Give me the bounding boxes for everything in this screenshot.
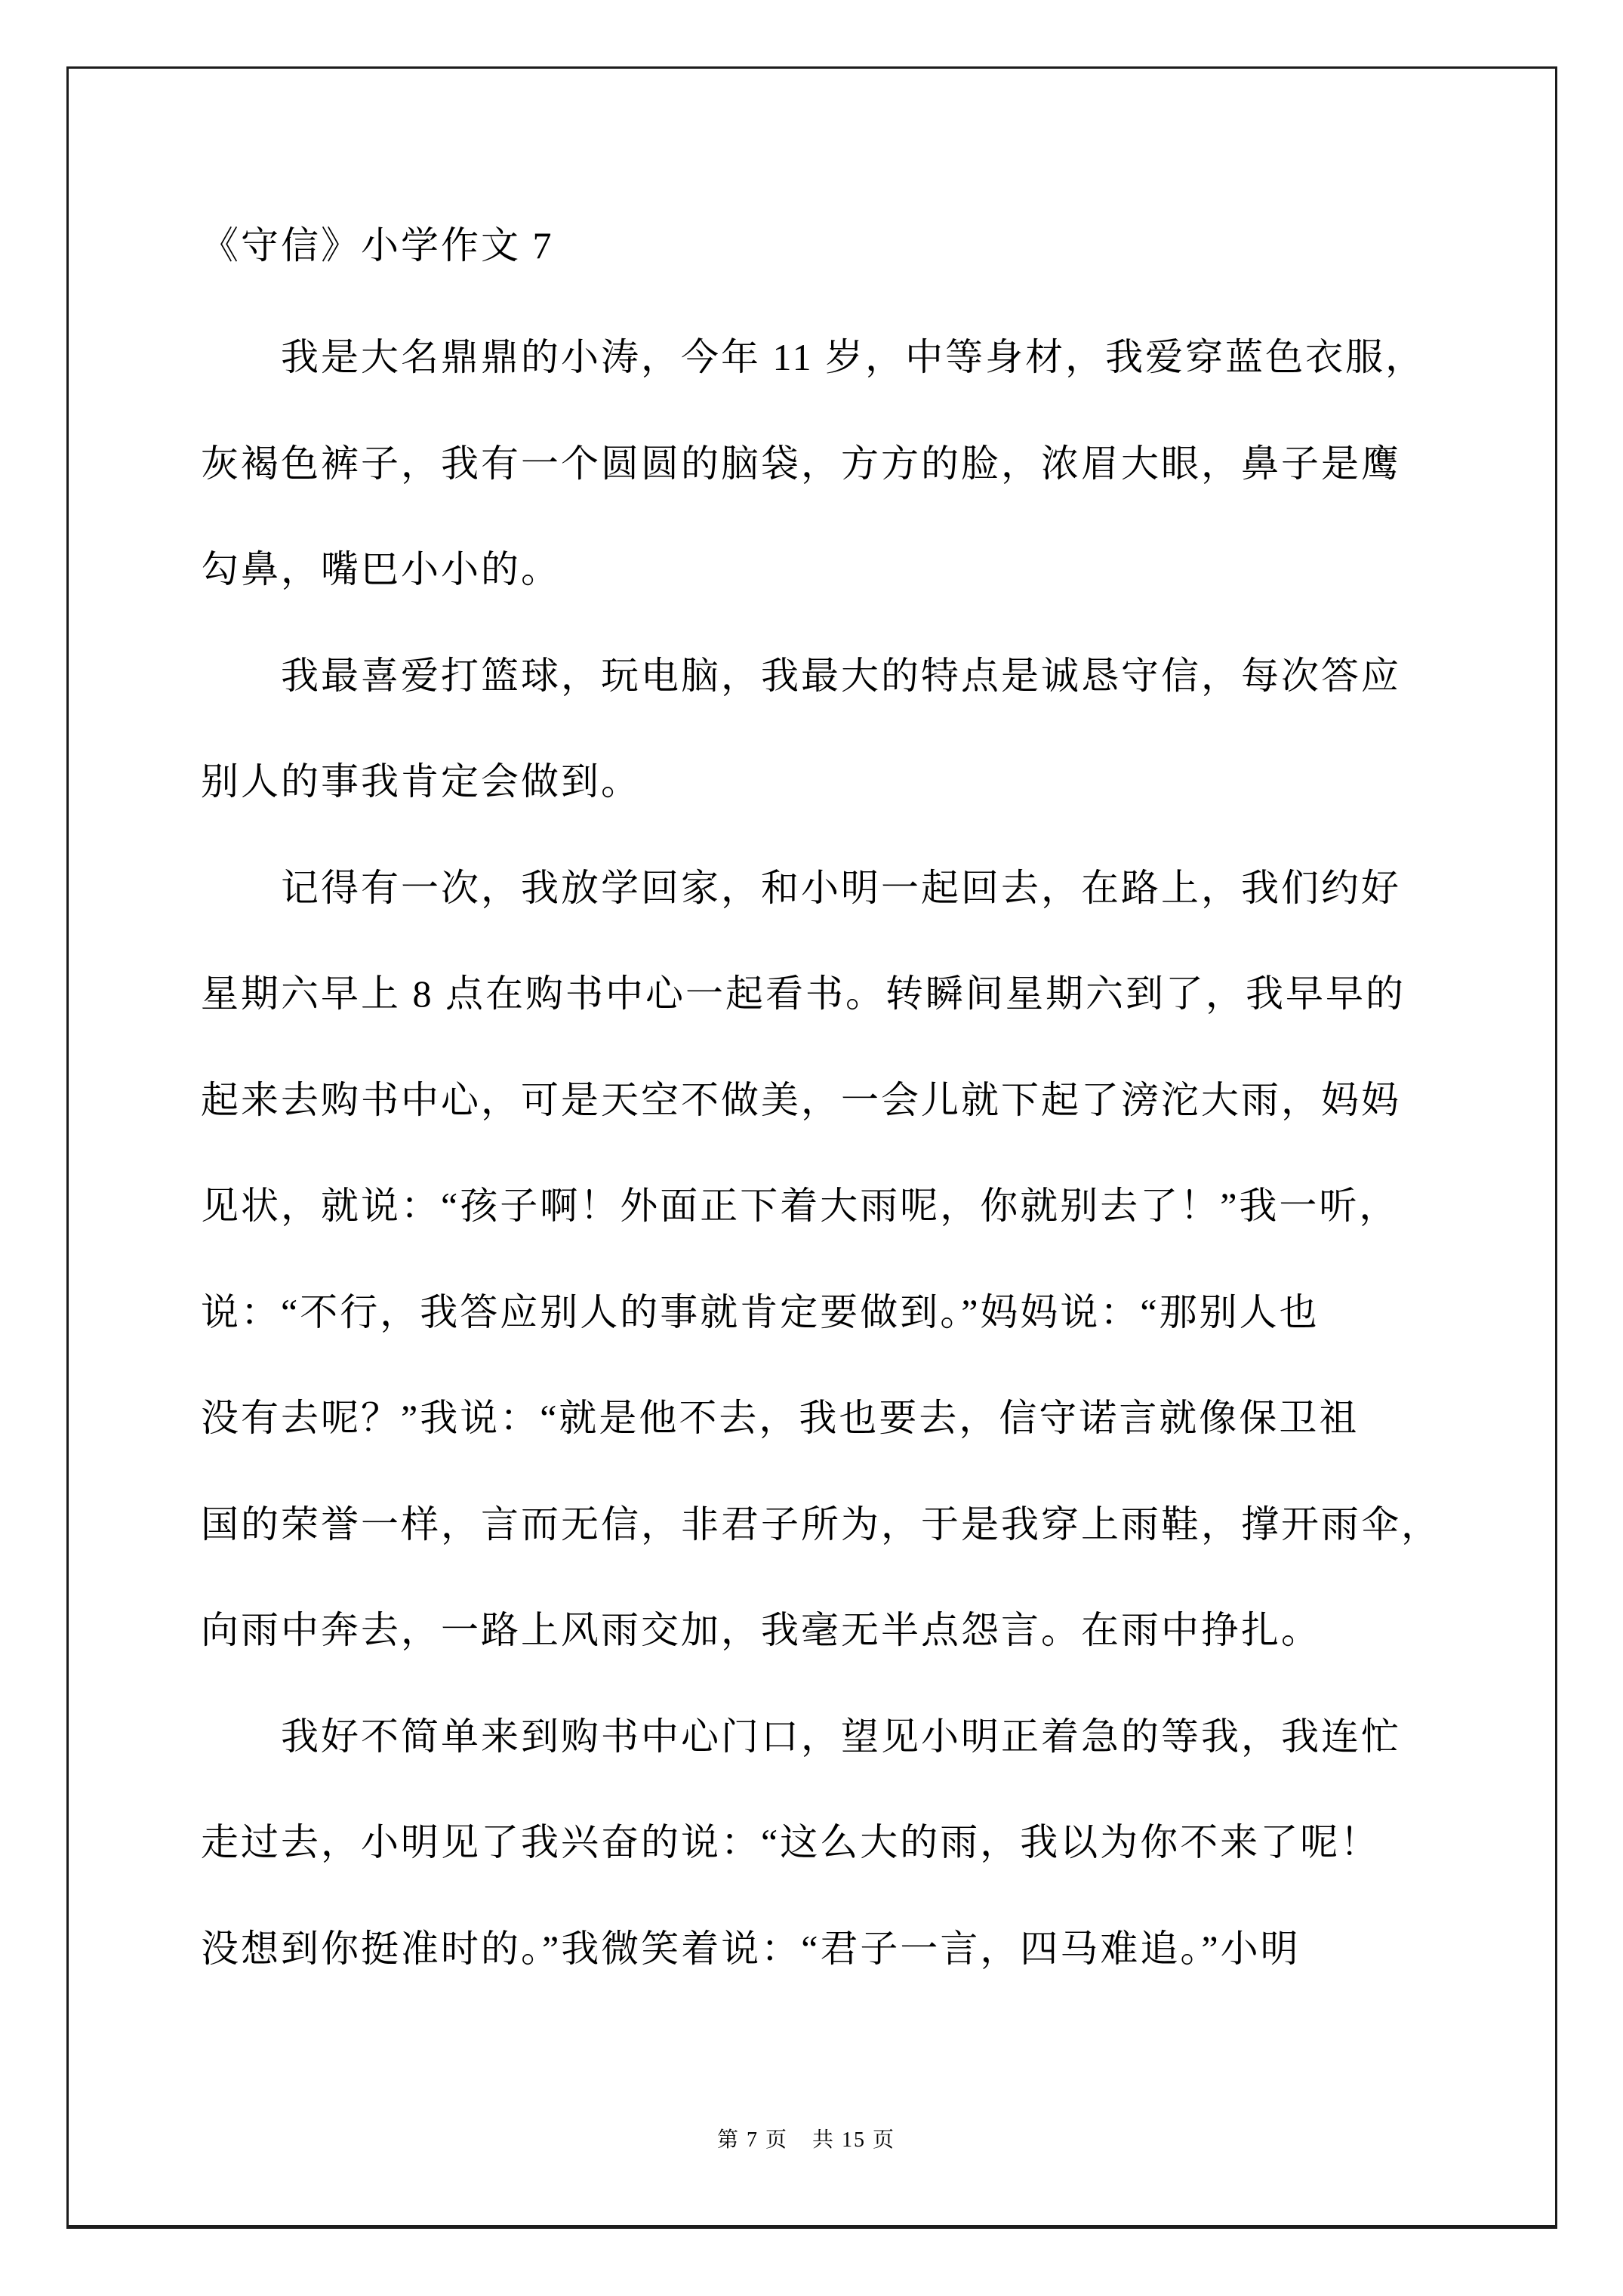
text-line: 记得有一次，我放学回家，和小明一起回去，在路上，我们约好 [201,835,1484,942]
text-line: 我好不简单来到购书中心门口，望见小明正着急的等我，我连忙 [201,1684,1484,1790]
document-page: 《守信》小学作文 7 我是大名鼎鼎的小涛，今年 11 岁，中等身材，我爱穿蓝色衣… [0,0,1623,2296]
text-line: 勾鼻，嘴巴小小的。 [201,516,1484,623]
text-line: 走过去，小明见了我兴奋的说：“这么大的雨，我以为你不来了呢！ [201,1789,1484,1896]
text-line: 我是大名鼎鼎的小涛，今年 11 岁，中等身材，我爱穿蓝色衣服， [201,304,1484,411]
text-line: 没想到你挺准时的。”我微笑着说：“君子一言，四马难追。”小明 [201,1896,1484,2002]
text-line: 星期六早上 8 点在购书中心一起看书。转瞬间星期六到了，我早早的 [201,941,1484,1047]
text-line: 别人的事我肯定会做到。 [201,729,1484,835]
text-line: 我最喜爱打篮球，玩电脑，我最大的特点是诚恳守信，每次答应 [201,623,1484,729]
text-line: 没有去呢？”我说：“就是他不去，我也要去，信守诺言就像保卫祖 [201,1365,1484,1472]
essay-body: 我是大名鼎鼎的小涛，今年 11 岁，中等身材，我爱穿蓝色衣服，灰褐色裤子，我有一… [201,304,1484,2002]
text-line: 起来去购书中心，可是天空不做美，一会儿就下起了滂沱大雨，妈妈 [201,1047,1484,1154]
text-line: 灰褐色裤子，我有一个圆圆的脑袋，方方的脸，浓眉大眼，鼻子是鹰 [201,411,1484,517]
text-line: 向雨中奔去，一路上风雨交加，我毫无半点怨言。在雨中挣扎。 [201,1577,1484,1684]
page-number-label: 第 7 页 [717,2128,788,2152]
essay-title: 《守信》小学作文 7 [201,223,554,268]
text-line: 说：“不行，我答应别人的事就肯定要做到。”妈妈说：“那别人也 [201,1259,1484,1366]
text-line: 国的荣誉一样，言而无信，非君子所为，于是我穿上雨鞋，撑开雨伞， [201,1472,1484,1578]
text-line: 见状，就说：“孩子啊！外面正下着大雨呢，你就别去了！”我一听， [201,1153,1484,1259]
page-footer: 第 7 页共 15 页 [66,2123,1546,2153]
page-total-label: 共 15 页 [812,2128,895,2152]
